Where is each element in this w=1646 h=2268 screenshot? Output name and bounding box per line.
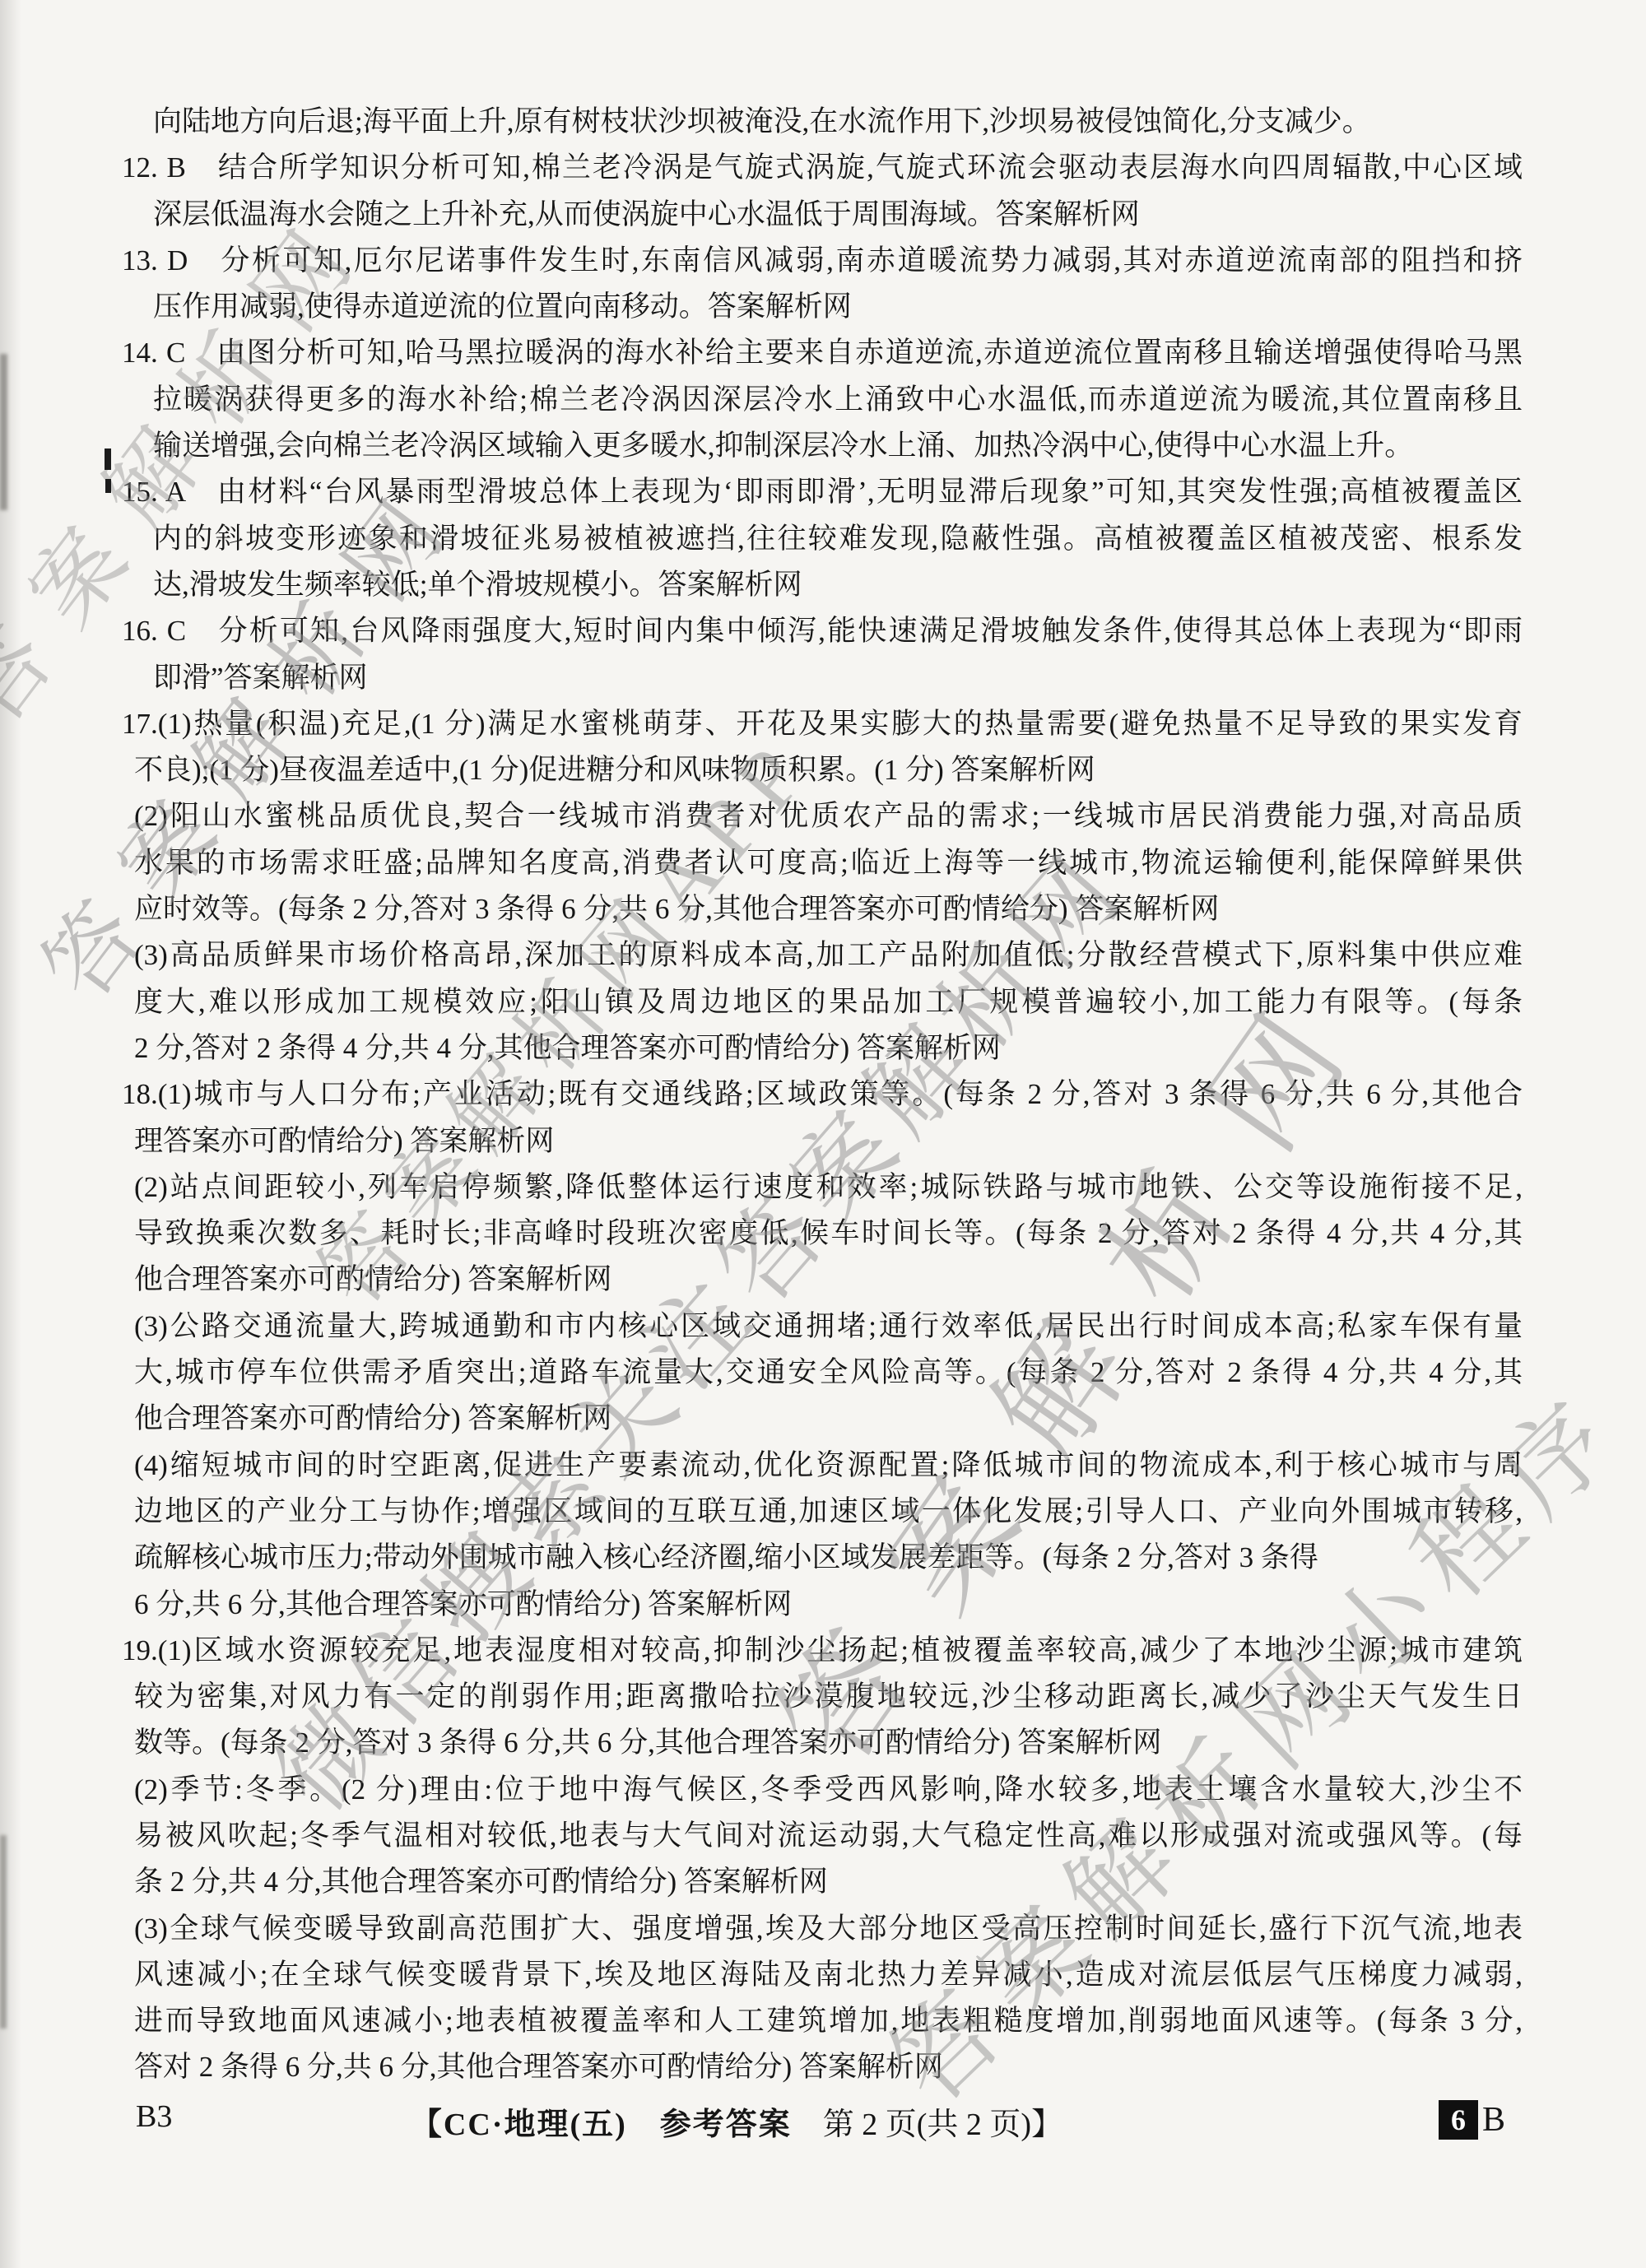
answer-line: (4)缩短城市间的时空距离,促进生产要素流动,优化资源配置;降低城市间的物流成本… [134,1443,1523,1489]
answer-line: 度大,难以形成加工规模效应;阳山镇及周边地区的果品加工厂规模普遍较小,加工能力有… [134,979,1523,1025]
scan-speck [105,448,111,470]
answer-line: 进而导致地面风速减小;地表植被覆盖率和人工建筑增加,地表粗糙度增加,削弱地面风速… [134,1998,1523,2044]
answer-line: 向陆地方向后退;海平面上升,原有树枝状沙坝被淹没,在水流作用下,沙坝易被侵蚀简化… [153,99,1523,145]
footer-code-letter: B [1482,2100,1505,2140]
paper-edge-streak [0,354,7,510]
footer-code-box: 6 [1439,2100,1478,2140]
answer-line: 深层低温海水会随之上升补充,从而使涡旋中心水温低于周围海域。答案解析网 [153,192,1523,238]
scan-speck [105,479,111,493]
answer-line: 19.(1)区域水资源较充足,地表湿度相对较高,抑制沙尘扬起;植被覆盖率较高,减… [122,1628,1523,1674]
answer-line: 条 2 分,共 4 分,其他合理答案亦可酌情给分) 答案解析网 [134,1859,1523,1905]
answer-line: 13. D 分析可知,厄尔尼诺事件发生时,东南信风减弱,南赤道暖流势力减弱,其对… [122,238,1523,284]
answer-line: 内的斜坡变形迹象和滑坡征兆易被植被遮挡,往往较难发现,隐蔽性强。高植被覆盖区植被… [153,516,1523,562]
answer-line: 数等。(每条 2 分,答对 3 条得 6 分,共 6 分,其他合理答案亦可酌情给… [134,1720,1523,1766]
answer-line: 6 分,共 6 分,其他合理答案亦可酌情给分) 答案解析网 [134,1582,1523,1628]
answer-line: (3)全球气候变暖导致副高范围扩大、强度增强,埃及大部分地区受高压控制时间延长,… [134,1906,1523,1952]
answer-line: 大,城市停车位供需矛盾突出;道路车流量大,交通安全风险高等。(每条 2 分,答对… [134,1350,1523,1396]
answer-line: 输送增强,会向棉兰老冷涡区域输入更多暖水,抑制深层冷水上涌、加热冷涡中心,使得中… [153,423,1523,469]
answer-line: 他合理答案亦可酌情给分) 答案解析网 [134,1257,1523,1303]
answer-line: 18.(1)城市与人口分布;产业活动;既有交通线路;区域政策等。(每条 2 分,… [122,1071,1523,1118]
answer-line: 疏解核心城市压力;带动外围城市融入核心经济圈,缩小区域发展差距等。(每条 2 分… [134,1535,1523,1581]
answer-line: 12. B 结合所学知识分析可知,棉兰老冷涡是气旋式涡旋,气旋式环流会驱动表层海… [122,145,1523,191]
answer-line: 16. C 分析可知,台风降雨强度大,短时间内集中倾泻,能快速满足滑坡触发条件,… [122,608,1523,654]
answer-line: (2)季节:冬季。(2 分)理由:位于地中海气候区,冬季受西风影响,降水较多,地… [134,1767,1523,1813]
answer-line: (2)站点间距较小,列车启停频繁,降低整体运行速度和效率;城际铁路与城市地铁、公… [134,1164,1523,1211]
answer-line: 风速减小;在全球气候变暖背景下,埃及地区海陆及南北热力差异减小,造成对流层低层气… [134,1952,1523,1998]
answer-line: 水果的市场需求旺盛;品牌知名度高,消费者认可度高;临近上海等一线城市,物流运输便… [134,840,1523,886]
answer-line: 导致换乘次数多、耗时长;非高峰时段班次密度低,候车时间长等。(每条 2 分,答对… [134,1211,1523,1257]
answer-line: (2)阳山水蜜桃品质优良,契合一线城市消费者对优质农产品的需求;一线城市居民消费… [134,793,1523,839]
answer-line: 理答案亦可酌情给分) 答案解析网 [134,1118,1523,1164]
answer-line: 答对 2 条得 6 分,共 6 分,其他合理答案亦可酌情给分) 答案解析网 [134,2044,1523,2090]
footer-title: 【CC·地理(五) 参考答案 第 2 页(共 2 页)】 [0,2098,1560,2144]
answer-line: 应时效等。(每条 2 分,答对 3 条得 6 分,共 6 分,其他合理答案亦可酌… [134,886,1523,932]
answer-line: 17.(1)热量(积温)充足,(1 分)满足水蜜桃萌芽、开花及果实膨大的热量需要… [122,701,1523,747]
answer-line: (3)公路交通流量大,跨城通勤和市内核心区域交通拥堵;通行效率低,居民出行时间成… [134,1304,1523,1350]
answer-lines: 向陆地方向后退;海平面上升,原有树枝状沙坝被淹没,在水流作用下,沙坝易被侵蚀简化… [0,99,1646,2091]
answer-line: 14. C 由图分析可知,哈马黑拉暖涡的海水补给主要来自赤道逆流,赤道逆流位置南… [122,330,1523,376]
answer-line: 易被风吹起;冬季气温相对较低,地表与大气间对流运动弱,大气稳定性高,难以形成强对… [134,1813,1523,1859]
answer-line: 2 分,答对 2 条得 4 分,共 4 分,其他合理答案亦可酌情给分) 答案解析… [134,1025,1523,1071]
answer-line: 压作用减弱,使得赤道逆流的位置向南移动。答案解析网 [153,284,1523,330]
answer-line: 拉暖涡获得更多的海水补给;棉兰老冷涡因深层冷水上涌致中心水温低,而赤道逆流为暖流… [153,377,1523,423]
footer-title-bold: 【CC·地理(五) 参考答案 [411,2108,792,2142]
answer-line: 15. A 由材料“台风暴雨型滑坡总体上表现为‘即雨即滑’,无明显滞后现象”可知… [122,469,1523,515]
answer-line: 边地区的产业分工与协作;增强区域间的互联互通,加速区域一体化发展;引导人口、产业… [134,1489,1523,1535]
paper-edge-streak [0,1835,7,2029]
answer-line: (3)高品质鲜果市场价格高昂,深加工的原料成本高,加工产品附加值低;分散经营模式… [134,932,1523,978]
answer-line: 他合理答案亦可酌情给分) 答案解析网 [134,1396,1523,1442]
answer-line: 达,滑坡发生频率较低;单个滑坡规模小。答案解析网 [153,562,1523,608]
answer-line: 不良);(1 分)昼夜温差适中,(1 分)促进糖分和风味物质积累。(1 分) 答… [134,747,1523,793]
footer-code-right: 6 B [1439,2100,1505,2140]
answer-line: 即滑”答案解析网 [153,655,1523,701]
answer-line: 较为密集,对风力有一定的削弱作用;距离撒哈拉沙漠腹地较远,沙尘移动距离长,减少了… [134,1674,1523,1720]
footer-page-number: 第 2 页(共 2 页)】 [792,2108,1062,2142]
scanned-answer-page: 向陆地方向后退;海平面上升,原有树枝状沙坝被淹没,在水流作用下,沙坝易被侵蚀简化… [0,0,1646,2268]
